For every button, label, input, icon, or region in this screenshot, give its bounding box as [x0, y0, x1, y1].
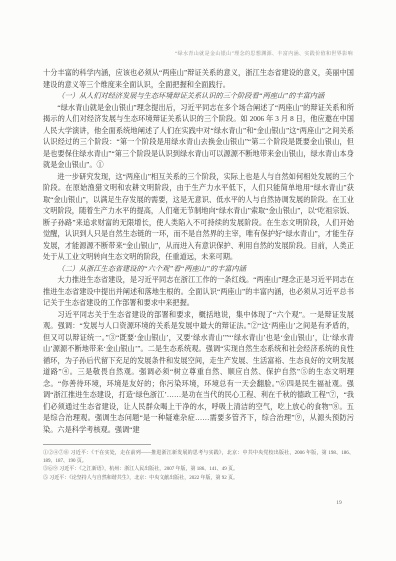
footnote-item: ⑤ 习近平：《论坚持人与自然和谐共生》，北京：中央文献出版社，2022 年版，第…: [43, 475, 354, 483]
body-paragraph: “绿水青山就是金山银山”理念提出后，习近平同志在多个场合阐述了“两座山”的辩证关…: [43, 103, 354, 172]
body-paragraph: 大力推进生态省建设，是习近平同志在浙江工作的一条红线。“两座山”理念正是习近平同…: [43, 275, 354, 310]
body-paragraph: 习近平同志关于生态省建设的部署和要求，概括地说，集中体现了“六个观”。一是辩证发…: [43, 310, 354, 437]
document-page: “绿水青山就是金山银山”理念的思想渊源、丰富内涵、实践价值和世界影响 十分丰富的…: [0, 0, 396, 561]
page-number: 19: [328, 500, 350, 506]
article-body: 十分丰富的科学内涵，应该也必须从“两座山”辩证关系的意义，浙江生态省建设的意义，…: [43, 68, 354, 436]
footnotes: ①②④⑦⑧ 习近平：《干在实处，走在前列——推进浙江新发展的思考与实践》，北京：…: [43, 444, 354, 483]
footnote-item: ①②④⑦⑧ 习近平：《干在实处，走在前列——推进浙江新发展的思考与实践》，北京：…: [43, 450, 354, 466]
section-subheading-2: （二）从浙江生态省建设的“六个观”看“两座山”的丰富内涵: [43, 264, 354, 276]
body-paragraph-continuation: 十分丰富的科学内涵，应该也必须从“两座山”辩证关系的意义，浙江生态省建设的意义，…: [43, 68, 354, 91]
running-header: “绿水青山就是金山银山”理念的思想渊源、丰富内涵、实践价值和世界影响: [0, 50, 353, 57]
footnote-item: ③⑥⑨ 习近平：《之江新语》，杭州：浙江人民出版社，2007 年版，第 186、…: [43, 466, 354, 474]
section-subheading-1: （一）从人们对经济发展与生态环境辩证关系认识的三个阶段看“两座山”的丰富内涵: [43, 91, 354, 103]
footnote-divider: [43, 444, 151, 445]
body-paragraph: 进一步研究发现，这“两座山”相互关系的三个阶段，实际上也是人与自然如何相处发展的…: [43, 172, 354, 264]
